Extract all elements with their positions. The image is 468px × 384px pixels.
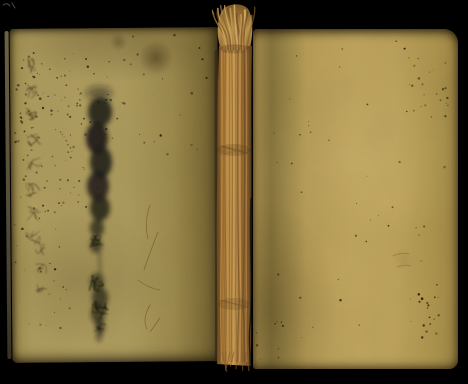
- right-cover: [253, 29, 458, 369]
- photo-frame: 陳塝陳氏七修族譜 第一卷: [0, 0, 468, 384]
- left-cover: 陳塝陳氏七修族譜 第一卷: [10, 27, 221, 363]
